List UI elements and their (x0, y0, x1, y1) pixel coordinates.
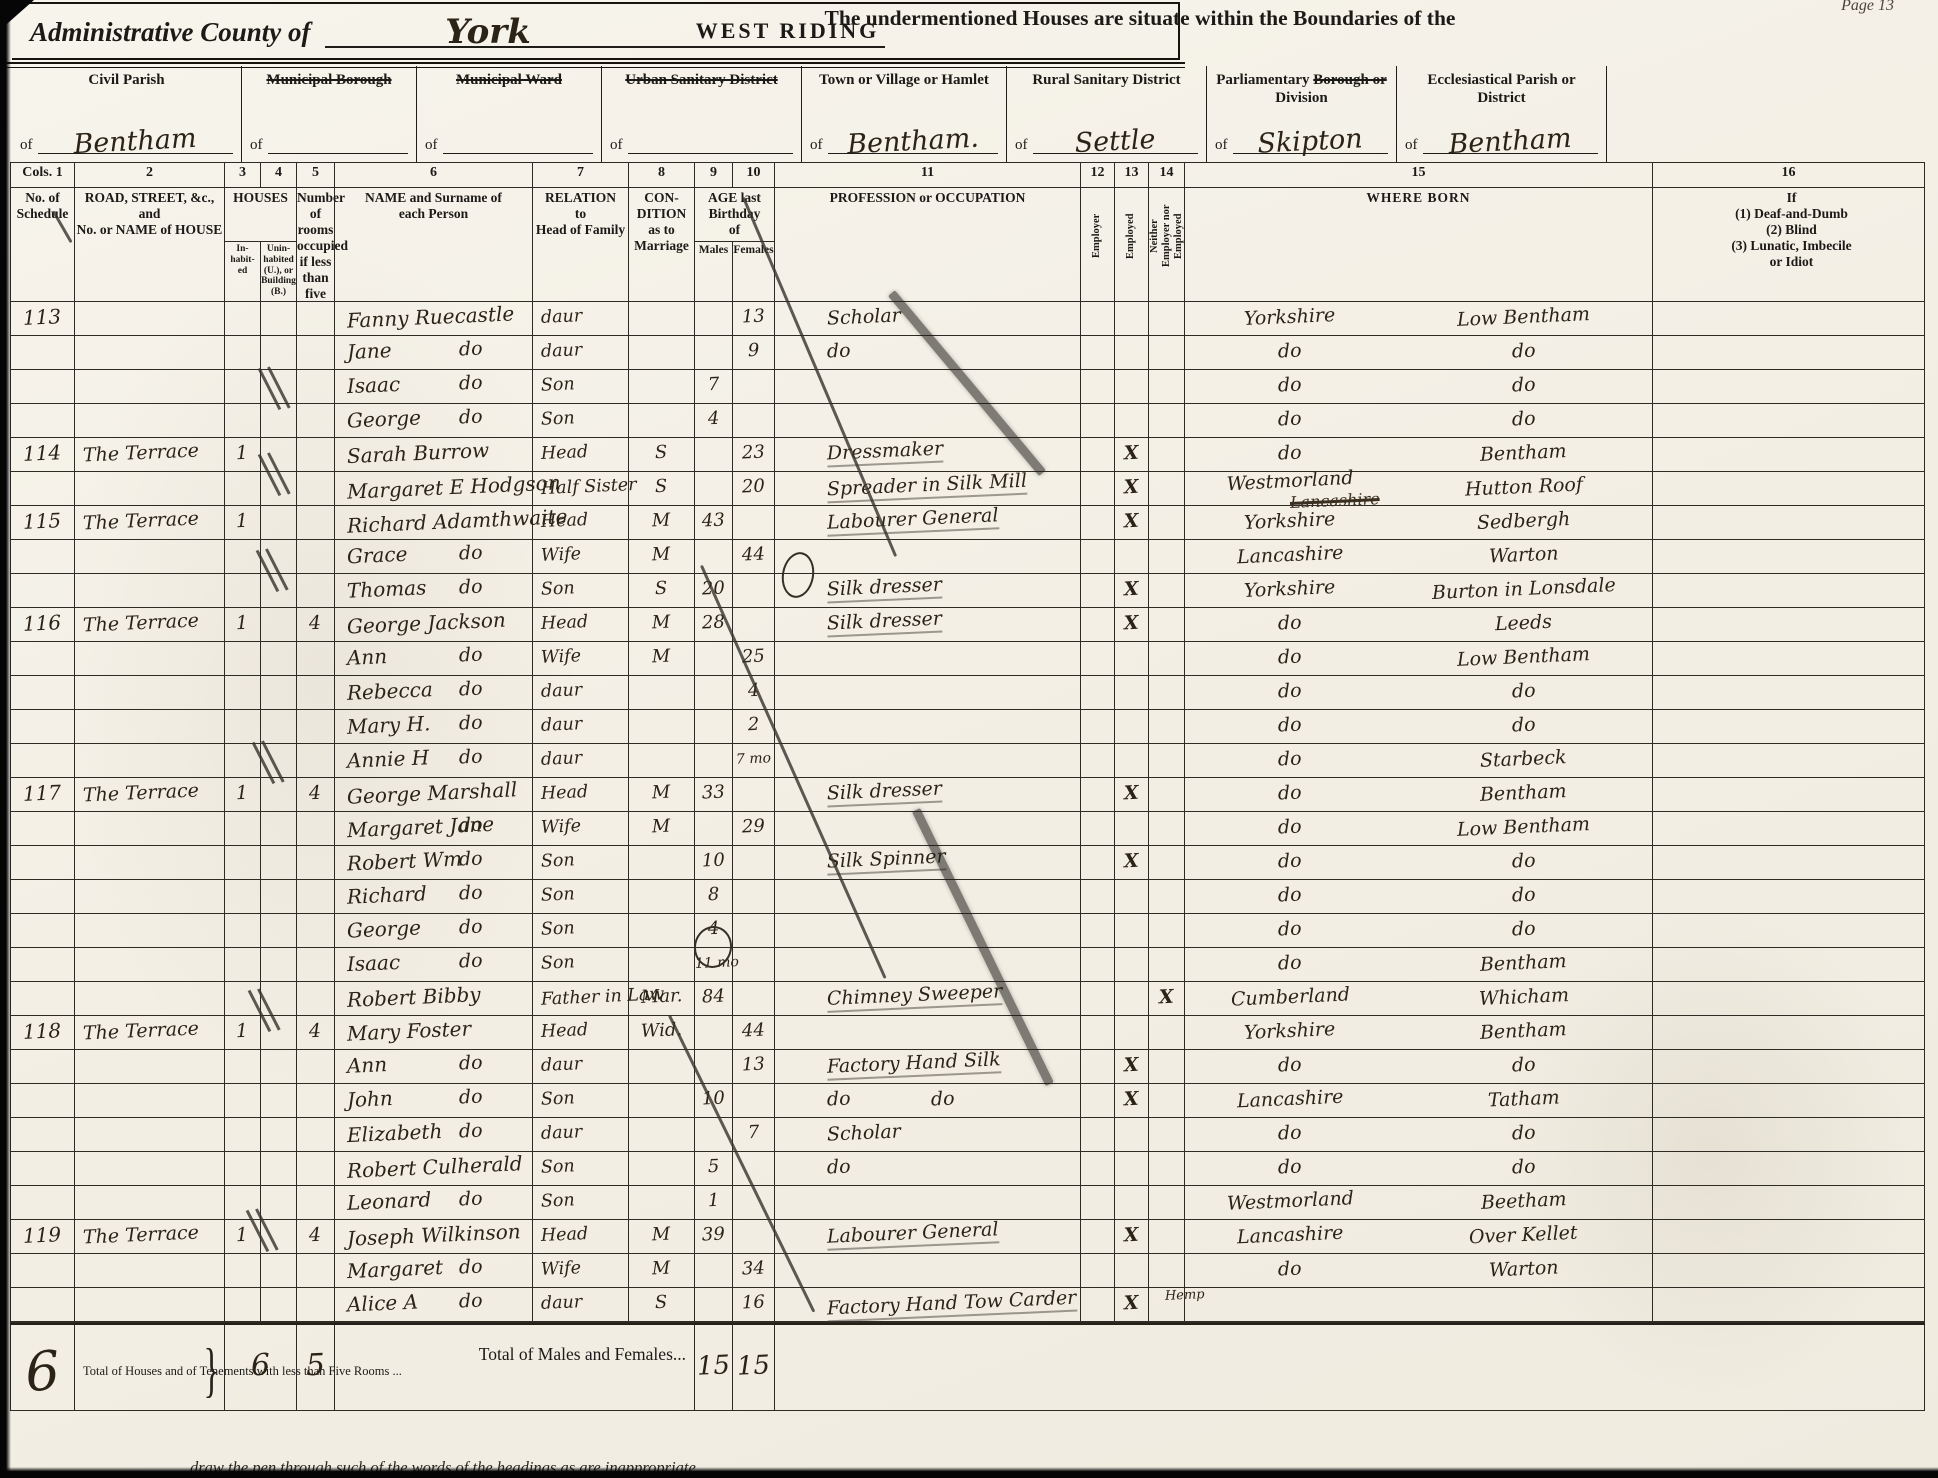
schedule-number-cell: 117 (11, 778, 75, 812)
inhabited-cell (225, 1254, 261, 1288)
person-row: Annie Hdo daur 7 mo doStarbeck (11, 744, 1925, 778)
age-male-cell (695, 676, 733, 710)
relation-cell: Wife (533, 540, 629, 574)
district-rule (628, 124, 794, 154)
schedule-number-cell (11, 914, 75, 948)
page-number: Page 13 (1841, 0, 1894, 15)
schedule-total-cell: 6 (11, 1324, 75, 1410)
occupation-cell: Labourer General (775, 1220, 1081, 1254)
age-male-cell: 8 (695, 880, 733, 914)
schedule-number-cell (11, 1254, 75, 1288)
condition-cell (629, 744, 695, 778)
of-label: of (250, 137, 263, 154)
occupation-cell: Silk Spinner (775, 846, 1081, 880)
birthplace-cell: dodo (1185, 710, 1653, 744)
employer-cell (1081, 540, 1115, 574)
schedule-number-cell: 114 (11, 438, 75, 472)
occupation-cell (775, 1186, 1081, 1220)
schedule-number-cell (11, 336, 75, 370)
uninhabited-cell (261, 608, 297, 642)
neither-cell (1149, 404, 1185, 438)
schedule-number-cell: 115 (11, 506, 75, 540)
district-box: Civil Parish of Bentham (12, 66, 242, 162)
birthplace-cell: dodo (1185, 370, 1653, 404)
employer-cell (1081, 302, 1115, 336)
name-cell: Janedo (335, 336, 533, 370)
uninhabited-cell (261, 812, 297, 846)
condition-cell: M (629, 1254, 695, 1288)
header-road: ROAD, STREET, &c., and No. or NAME of HO… (75, 188, 225, 302)
employed-cell (1115, 302, 1149, 336)
occupation-cell: Silk dresser (775, 574, 1081, 608)
scan-corner (0, 0, 34, 30)
relation-cell: Head (533, 608, 629, 642)
road-cell: The Terrace (75, 1220, 225, 1254)
uninhabited-cell (261, 982, 297, 1016)
neither-cell (1149, 506, 1185, 540)
employed-cell (1115, 982, 1149, 1016)
header-infirmity: If (1) Deaf-and-Dumb (2) Blind (3) Lunat… (1653, 188, 1925, 302)
employer-cell (1081, 1152, 1115, 1186)
name-cell: Margaretdo (335, 1254, 533, 1288)
uninhabited-cell (261, 1152, 297, 1186)
employer-cell (1081, 948, 1115, 982)
district-rule (443, 124, 594, 154)
age-female-cell (733, 506, 775, 540)
employer-cell (1081, 336, 1115, 370)
rooms-cell: 4 (297, 778, 335, 812)
condition-cell (629, 914, 695, 948)
name-cell: Isaacdo (335, 370, 533, 404)
birthplace-cell: dodo (1185, 1118, 1653, 1152)
name-cell: Rebeccado (335, 676, 533, 710)
relation-cell: Son (533, 948, 629, 982)
relation-cell: Son (533, 574, 629, 608)
birthplace-cell: doStarbeck (1185, 744, 1653, 778)
age-male-cell: 33 (695, 778, 733, 812)
district-of-line: of (250, 124, 408, 154)
table-header: Cols. 1 2 3 4 5 6 7 8 9 10 11 12 13 14 1… (11, 163, 1925, 302)
employed-cell: X (1115, 846, 1149, 880)
rooms-cell (297, 472, 335, 506)
schedule-number-cell (11, 642, 75, 676)
of-label: of (1405, 137, 1418, 154)
road-cell (75, 642, 225, 676)
district-box: Urban Sanitary District of (602, 66, 802, 162)
district-box: Ecclesiastical Parish or District of Ben… (1397, 66, 1607, 162)
schedule-number-cell (11, 370, 75, 404)
road-cell (75, 574, 225, 608)
inhabited-cell (225, 336, 261, 370)
uninhabited-cell (261, 1186, 297, 1220)
person-row: Elizabethdo daur 7 Scholar dodo (11, 1118, 1925, 1152)
rooms-cell (297, 812, 335, 846)
infirmity-cell (1653, 744, 1925, 778)
occupation-cell (775, 642, 1081, 676)
col-num: 6 (335, 163, 533, 188)
road-cell (75, 1254, 225, 1288)
neither-cell (1149, 1220, 1185, 1254)
district-title: Urban Sanitary District (602, 71, 801, 89)
condition-cell (629, 336, 695, 370)
road-cell (75, 472, 225, 506)
employer-cell (1081, 914, 1115, 948)
employer-cell (1081, 1254, 1115, 1288)
infirmity-cell (1653, 336, 1925, 370)
occupation-cell: Silk dresser (775, 778, 1081, 812)
road-cell (75, 404, 225, 438)
road-cell (75, 370, 225, 404)
birthplace-cell: doLow Bentham (1185, 642, 1653, 676)
name-cell: Johndo (335, 1084, 533, 1118)
neither-cell (1149, 1186, 1185, 1220)
occupation-cell: do (775, 1152, 1081, 1186)
infirmity-cell (1653, 778, 1925, 812)
inhabited-cell: 1 (225, 438, 261, 472)
females-total-cell: 15 (733, 1324, 775, 1410)
birthplace-cell: dodo (1185, 880, 1653, 914)
person-row: Georgedo Son 4 dodo (11, 404, 1925, 438)
relation-cell: daur (533, 1118, 629, 1152)
schedule-number-cell (11, 846, 75, 880)
schedule-number-cell (11, 1084, 75, 1118)
schedule-number-cell (11, 1050, 75, 1084)
road-cell (75, 1084, 225, 1118)
district-value-handwritten: Bentham (1448, 123, 1573, 160)
header-age-group: AGE last Birthday of (695, 188, 775, 242)
road-cell (75, 1288, 225, 1322)
age-male-cell: 5 (695, 1152, 733, 1186)
rooms-cell (297, 1186, 335, 1220)
road-cell (75, 336, 225, 370)
infirmity-cell (1653, 812, 1925, 846)
relation-cell: Father in Law (533, 982, 629, 1016)
inhabited-cell (225, 846, 261, 880)
infirmity-cell (1653, 1254, 1925, 1288)
infirmity-cell (1653, 574, 1925, 608)
rooms-cell (297, 540, 335, 574)
age-female-cell (733, 370, 775, 404)
males-total-cell: 15 (695, 1324, 733, 1410)
infirmity-cell (1653, 1186, 1925, 1220)
person-row: Robert Bibby Father in Law Mar. 84 Chimn… (11, 982, 1925, 1016)
age-male-cell (695, 812, 733, 846)
houses-total-label: Total of Houses and of Tenements with le… (75, 1324, 225, 1410)
uninhabited-cell (261, 642, 297, 676)
employed-cell (1115, 404, 1149, 438)
col-num: 7 (533, 163, 629, 188)
col-num: 14 (1149, 163, 1185, 188)
table-footer: 6 Total of Houses and of Tenements with … (11, 1322, 1925, 1411)
person-row: Rebeccado daur 4 dodo (11, 676, 1925, 710)
name-cell: Margaret E Hodgson (335, 472, 533, 506)
birthplace-cell: CumberlandWhicham (1185, 982, 1653, 1016)
name-cell: George Jackson (335, 608, 533, 642)
rooms-cell (297, 370, 335, 404)
person-row: Gracedo Wife M 44 LancashireWarton (11, 540, 1925, 574)
occupation-cell (775, 540, 1081, 574)
occupation-cell (775, 676, 1081, 710)
name-cell: Georgedo (335, 404, 533, 438)
col-num: Cols. 1 (11, 163, 75, 188)
neither-cell (1149, 1254, 1185, 1288)
totals-empty-cell (775, 1324, 1925, 1410)
rooms-cell: 4 (297, 608, 335, 642)
inhabited-cell (225, 540, 261, 574)
employer-cell (1081, 1016, 1115, 1050)
header-employer: Employer (1081, 188, 1115, 302)
occupation-cell (775, 744, 1081, 778)
age-female-cell: 23 (733, 438, 775, 472)
road-cell: The Terrace (75, 778, 225, 812)
header-neither: Neither Employer nor Employed (1149, 188, 1185, 302)
name-cell: Robert Bibby (335, 982, 533, 1016)
district-title: Ecclesiastical Parish or District (1397, 71, 1606, 107)
condition-cell (629, 676, 695, 710)
employer-cell (1081, 574, 1115, 608)
header-condition: CON- DITION as to Marriage (629, 188, 695, 302)
rooms-cell (297, 880, 335, 914)
district-value-handwritten: Settle (1074, 124, 1156, 159)
rooms-cell (297, 676, 335, 710)
employer-cell (1081, 370, 1115, 404)
road-cell (75, 540, 225, 574)
birthplace-cell: YorkshireBentham (1185, 1016, 1653, 1050)
age-female-cell: 7 mo (733, 744, 775, 778)
employed-cell (1115, 1186, 1149, 1220)
col-num: 2 (75, 163, 225, 188)
employed-cell (1115, 370, 1149, 404)
age-female-cell (733, 914, 775, 948)
relation-cell: daur (533, 676, 629, 710)
district-title: Parliamentary Borough orDivision (1207, 71, 1396, 107)
condition-cell: S (629, 1288, 695, 1322)
of-label: of (1215, 137, 1228, 154)
age-female-cell: 16 (733, 1288, 775, 1322)
of-label: of (610, 137, 623, 154)
birthplace-cell: doBentham (1185, 948, 1653, 982)
condition-cell: M (629, 608, 695, 642)
birthplace-cell: LancashireOver Kellet (1185, 1220, 1653, 1254)
inhabited-cell (225, 642, 261, 676)
age-male-cell (695, 540, 733, 574)
name-cell: Fanny Ruecastle (335, 302, 533, 336)
road-cell (75, 710, 225, 744)
name-cell: Alice Ado (335, 1288, 533, 1322)
relation-cell: daur (533, 1050, 629, 1084)
birthplace-cell: doWarton (1185, 1254, 1653, 1288)
employed-cell (1115, 676, 1149, 710)
inhabited-cell: 1 (225, 778, 261, 812)
infirmity-cell (1653, 642, 1925, 676)
neither-cell (1149, 1016, 1185, 1050)
uninhabited-cell (261, 1118, 297, 1152)
relation-cell: Wife (533, 642, 629, 676)
infirmity-cell (1653, 1118, 1925, 1152)
header-profession: PROFESSION or OCCUPATION (775, 188, 1081, 302)
age-male-cell (695, 1254, 733, 1288)
employer-cell (1081, 880, 1115, 914)
road-cell (75, 982, 225, 1016)
birthplace-cell: dodo (1185, 404, 1653, 438)
occupation-cell (775, 880, 1081, 914)
relation-cell: Son (533, 914, 629, 948)
employed-cell: X (1115, 608, 1149, 642)
road-cell (75, 1118, 225, 1152)
inhabited-cell (225, 676, 261, 710)
road-cell (75, 914, 225, 948)
inhabited-cell (225, 1152, 261, 1186)
rooms-cell (297, 404, 335, 438)
schedule-number-cell (11, 540, 75, 574)
neither-cell (1149, 1152, 1185, 1186)
birthplace-cell: dodo (1185, 1050, 1653, 1084)
inhabited-cell (225, 880, 261, 914)
neither-cell (1149, 370, 1185, 404)
birthplace-cell: doBentham (1185, 438, 1653, 472)
employer-cell (1081, 1186, 1115, 1220)
header-males: Males (695, 242, 733, 302)
relation-cell: Wife (533, 812, 629, 846)
occupation-cell: Factory Hand Tow CarderHemp (775, 1288, 1081, 1322)
rooms-cell (297, 574, 335, 608)
condition-cell (629, 948, 695, 982)
age-female-cell (733, 608, 775, 642)
employer-cell (1081, 1118, 1115, 1152)
age-female-cell: 44 (733, 1016, 775, 1050)
age-male-cell (695, 1288, 733, 1322)
inhabited-cell: 1 (225, 506, 261, 540)
district-value-handwritten: Bentham. (846, 123, 979, 161)
neither-cell (1149, 336, 1185, 370)
col-num: 8 (629, 163, 695, 188)
inhabited-cell (225, 302, 261, 336)
relation-cell: Head (533, 778, 629, 812)
name-cell: Gracedo (335, 540, 533, 574)
birthplace-cell: LancashireTatham (1185, 1084, 1653, 1118)
age-female-cell: 13 (733, 302, 775, 336)
relation-cell: Son (533, 404, 629, 438)
name-cell: Joseph Wilkinson (335, 1220, 533, 1254)
employed-cell (1115, 710, 1149, 744)
employed-cell (1115, 1152, 1149, 1186)
name-cell: Georgedo (335, 914, 533, 948)
schedule-number-cell (11, 710, 75, 744)
infirmity-cell (1653, 1152, 1925, 1186)
neither-cell (1149, 1118, 1185, 1152)
admin-county-value-handwritten: York (445, 12, 530, 52)
schedule-number-cell (11, 812, 75, 846)
person-row: 114 The Terrace 1 Sarah Burrow Head S 23… (11, 438, 1925, 472)
birthplace-cell: dodo (1185, 914, 1653, 948)
schedule-number-cell (11, 472, 75, 506)
col-num: 11 (775, 163, 1081, 188)
condition-cell (629, 846, 695, 880)
person-row: Margaretdo Wife M 34 doWarton (11, 1254, 1925, 1288)
age-female-cell (733, 846, 775, 880)
neither-cell (1149, 676, 1185, 710)
neither-cell (1149, 438, 1185, 472)
header-where-born: WHERE BORN (1185, 188, 1653, 302)
employed-cell (1115, 540, 1149, 574)
rooms-cell (297, 982, 335, 1016)
census-page-scan: Administrative County of York WEST RIDIN… (0, 0, 1938, 1478)
name-cell: Sarah Burrow (335, 438, 533, 472)
brace-glyph: } (204, 1331, 220, 1409)
rooms-cell (297, 438, 335, 472)
road-cell: The Terrace (75, 506, 225, 540)
condition-cell: M (629, 812, 695, 846)
rooms-cell (297, 642, 335, 676)
col-num: 10 (733, 163, 775, 188)
person-row: Thomasdo Son S 20 Silk dresser X Yorkshi… (11, 574, 1925, 608)
road-cell (75, 1186, 225, 1220)
district-rule: Bentham (38, 124, 234, 154)
infirmity-cell (1653, 438, 1925, 472)
col-num: 9 (695, 163, 733, 188)
schedule-number-cell: 116 (11, 608, 75, 642)
header-name: NAME and Surname of each Person (335, 188, 533, 302)
infirmity-cell (1653, 914, 1925, 948)
uninhabited-cell (261, 914, 297, 948)
district-band: Civil Parish of Bentham Municipal Boroug… (12, 66, 1612, 162)
age-female-cell: 13 (733, 1050, 775, 1084)
name-cell: Richarddo (335, 880, 533, 914)
employed-cell: X (1115, 778, 1149, 812)
uninhabited-cell (261, 472, 297, 506)
district-of-line: of Bentham (20, 124, 233, 154)
totals-row: 6 Total of Houses and of Tenements with … (11, 1324, 1925, 1410)
schedule-number-cell (11, 676, 75, 710)
rooms-cell (297, 1118, 335, 1152)
of-label: of (20, 137, 33, 154)
employed-cell (1115, 1118, 1149, 1152)
district-of-line: of Bentham. (810, 124, 998, 154)
rows-body: 113 Fanny Ruecastle daur 13 Scholar York… (11, 302, 1925, 1322)
birthplace-cell: dodo (1185, 846, 1653, 880)
age-male-cell: 39 (695, 1220, 733, 1254)
schedule-number-cell (11, 744, 75, 778)
age-male-cell: 43 (695, 506, 733, 540)
infirmity-cell (1653, 948, 1925, 982)
age-female-cell: 44 (733, 540, 775, 574)
birthplace-cell: dodo (1185, 336, 1653, 370)
scan-edge (0, 1467, 1938, 1478)
rooms-cell (297, 1152, 335, 1186)
name-cell: Annie Hdo (335, 744, 533, 778)
relation-cell: daur (533, 744, 629, 778)
employer-cell (1081, 608, 1115, 642)
infirmity-cell (1653, 1016, 1925, 1050)
condition-cell: S (629, 472, 695, 506)
district-box: Rural Sanitary District of Settle (1007, 66, 1207, 162)
person-row: Mary H.do daur 2 dodo (11, 710, 1925, 744)
age-male-cell: 10 (695, 846, 733, 880)
rooms-cell (297, 1050, 335, 1084)
employer-cell (1081, 642, 1115, 676)
name-cell: Richard Adamthwaite (335, 506, 533, 540)
header-rooms: Number of rooms occupied if less than fi… (297, 188, 335, 302)
inhabited-cell (225, 1186, 261, 1220)
neither-cell (1149, 744, 1185, 778)
header-schedule: No. of Schedule (11, 188, 75, 302)
neither-cell (1149, 812, 1185, 846)
inhabited-cell (225, 1288, 261, 1322)
rooms-cell (297, 744, 335, 778)
employed-cell (1115, 880, 1149, 914)
age-female-cell: 9 (733, 336, 775, 370)
employed-cell: X (1115, 506, 1149, 540)
